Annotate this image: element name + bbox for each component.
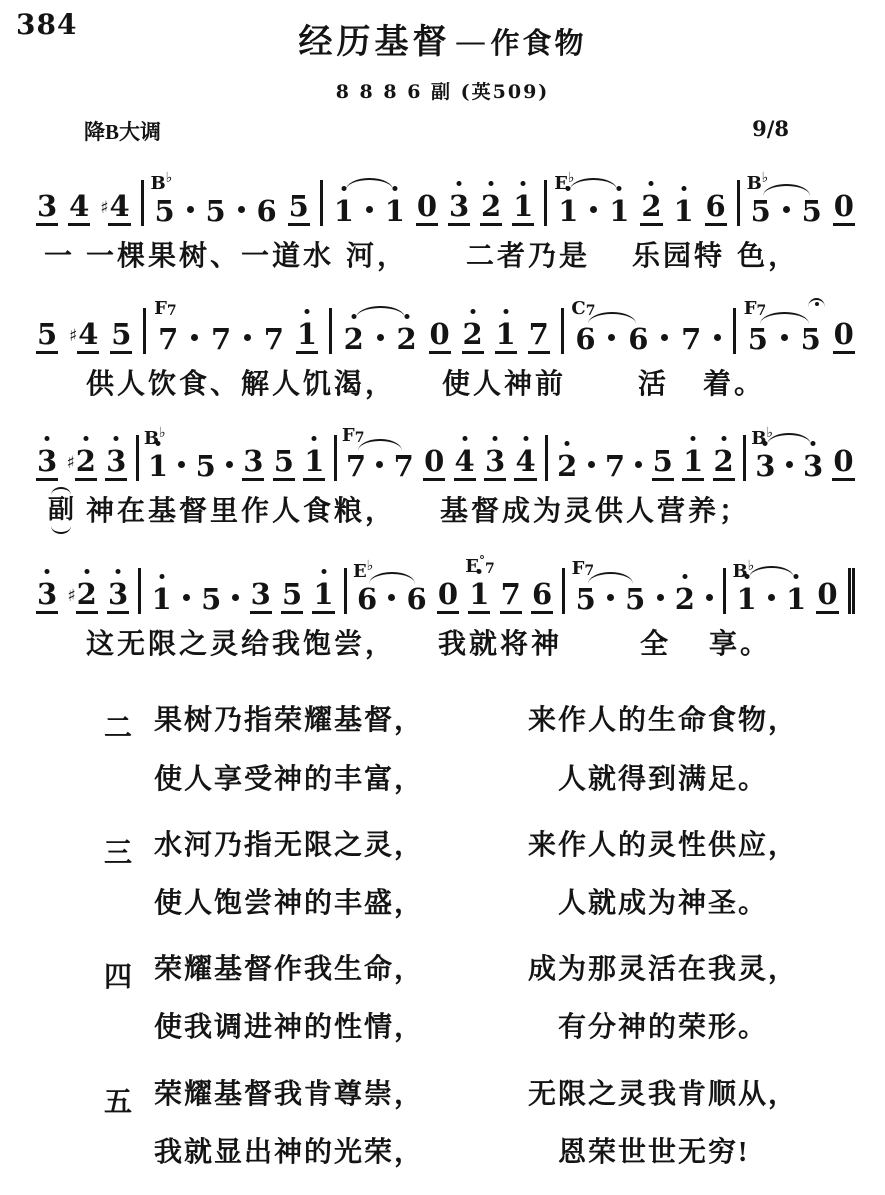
title-dash: — (456, 26, 484, 57)
chord-label: B♭ (144, 425, 166, 449)
verse-text-right: 来作人的生命食物， (528, 705, 798, 737)
verse-row: 使人享受神的丰富，人就得到满足。 (154, 764, 798, 796)
slur-arc (588, 572, 634, 584)
dash-dot (657, 594, 664, 601)
note-digit: 3 (36, 580, 58, 614)
dash-dot (706, 594, 713, 601)
note-digit: 2 (640, 192, 662, 226)
verse-row: 果树乃指荣耀基督，来作人的生命食物， (154, 705, 798, 737)
lyric-line: 这无限之灵给我饱尝，我就将神全享。 (44, 628, 859, 662)
score: 34♯45B♭5651103211E♭12165B♭50一一棵果树、一道水河，二… (30, 176, 859, 661)
slur-arc (358, 439, 402, 451)
verses-section: 二果树乃指荣耀基督，来作人的生命食物，使人享受神的丰富，人就得到满足。三水河乃指… (104, 705, 885, 1169)
note: 1 (333, 197, 355, 226)
sharp-accidental: ♯ (100, 200, 108, 217)
note-digit: 0 (437, 580, 459, 614)
note-digit: 6 (256, 197, 278, 226)
note-digit: 1 (303, 447, 325, 481)
lyric-line: 供人饮食、解人饥渴，使人神前活着。 (44, 368, 859, 402)
note-digit: 5 (281, 580, 303, 614)
note-digit: 1 (384, 197, 406, 226)
octave-dot (84, 569, 89, 574)
music-line: 34♯45B♭5651103211E♭12165B♭50 (36, 176, 855, 226)
note-digit: 1 (147, 452, 169, 481)
barline (344, 568, 347, 614)
note: 5B♭ (750, 197, 772, 226)
octave-dot (691, 436, 696, 441)
note: 7 (263, 325, 285, 354)
note: 4 (514, 447, 536, 481)
note: 5 (288, 192, 310, 226)
note-digit: 6 (531, 580, 553, 614)
note-digit: 1 (735, 585, 757, 614)
note: 1E♭ (557, 197, 579, 226)
note-digit: 3 (754, 452, 776, 481)
note-digit: 0 (833, 192, 855, 226)
note-digit: 0 (423, 447, 445, 481)
note-digit: 3 (36, 192, 58, 226)
octave-dot (523, 436, 528, 441)
lyric-segment: 使人神前 (442, 368, 566, 402)
note-digit: 2 (480, 192, 502, 226)
chord-label: C7 (571, 298, 595, 319)
chord-label: F7 (342, 425, 365, 446)
refrain-marker-group: 副 (44, 487, 78, 534)
octave-dot (721, 436, 726, 441)
note-digit: 7 (345, 452, 367, 481)
octave-dot (116, 569, 121, 574)
music-line: 3♯23153516E♭601E°7765F7521B♭10 (36, 564, 855, 614)
barline (143, 308, 146, 354)
barline (329, 308, 332, 354)
rest-note: 0 (833, 192, 855, 226)
note-digit: 5 (110, 320, 132, 354)
octave-dot (404, 314, 409, 319)
octave-dot (649, 181, 654, 186)
note-digit: 1 (296, 320, 318, 354)
dash-dot (588, 461, 595, 468)
note: 1 (384, 197, 406, 226)
slur-arc (356, 306, 405, 318)
verse-lines: 荣耀基督我肯尊崇，无限之灵我肯顺从，我就显出神的光荣，恩荣世世无穷! (154, 1079, 798, 1169)
dash-dot (232, 594, 239, 601)
verse-lines: 水河乃指无限之灵，来作人的灵性供应，使人饱尝神的丰盛，人就成为神圣。 (154, 830, 798, 920)
note-digit: 3 (242, 447, 264, 481)
note-digit: 0 (429, 320, 451, 354)
note: 1 (296, 320, 318, 354)
barline (723, 568, 726, 614)
octave-dot (45, 436, 50, 441)
verse-row: 水河乃指无限之灵，来作人的灵性供应， (154, 830, 798, 862)
note-digit: 5 (205, 197, 227, 226)
note-digit: 1 (495, 320, 517, 354)
barline (544, 180, 547, 226)
lyric-segment: 活 (638, 368, 669, 402)
verse-row: 我就显出神的光荣，恩荣世世无穷! (154, 1137, 798, 1169)
note: 6 (406, 585, 428, 614)
note-digit: 0 (832, 447, 854, 481)
verse-text-left: 荣耀基督我肯尊崇， (154, 1079, 486, 1111)
note: 3 (36, 447, 58, 481)
note: 7 (210, 325, 232, 354)
note-digit: 7 (500, 580, 522, 614)
verse-number: 二 (104, 705, 154, 795)
note-digit: 3 (36, 447, 58, 481)
note-digit: 5 (273, 447, 295, 481)
barline (561, 308, 564, 354)
octave-dot (45, 569, 50, 574)
note: 1 (303, 447, 325, 481)
page-number: 384 (16, 8, 77, 41)
chord-label: F7 (744, 298, 767, 319)
meter-line: 8 8 8 6 副 (英509) (0, 77, 885, 104)
slur-arc (346, 178, 393, 190)
verse-block: 二果树乃指荣耀基督，来作人的生命食物，使人享受神的丰富，人就得到满足。 (104, 705, 885, 795)
note: 6C7 (574, 325, 596, 354)
note-digit: 1 (151, 585, 173, 614)
dash-dot (238, 206, 245, 213)
note: ♯4 (100, 192, 130, 226)
verse-text-left: 水河乃指无限之灵， (154, 830, 486, 862)
barline (562, 568, 565, 614)
note: 1 (151, 585, 173, 614)
barline (136, 435, 139, 481)
verse-row: 使我调进神的性情，有分神的荣形。 (154, 1012, 798, 1044)
dash-dot (187, 206, 194, 213)
lyric-segment: 色， (737, 240, 799, 274)
note: 2 (462, 320, 484, 354)
note-digit: 5 (801, 197, 823, 226)
note-digit: 5 (195, 452, 217, 481)
lyric-segment: 乐园特 (632, 240, 725, 274)
note-digit: 5 (575, 585, 597, 614)
verse-block: 四荣耀基督作我生命，成为那灵活在我灵，使我调进神的性情，有分神的荣形。 (104, 954, 885, 1044)
note-digit: 2 (76, 580, 98, 614)
note-digit: 5 (288, 192, 310, 226)
note: 5 (801, 197, 823, 226)
note: 7 (528, 320, 550, 354)
note-digit: 0 (416, 192, 438, 226)
note: 5 (195, 452, 217, 481)
note: 5F7 (747, 325, 769, 354)
rest-note: 0 (429, 320, 451, 354)
note-digit: 1 (512, 192, 534, 226)
octave-dot (617, 186, 622, 191)
note: 1B♭ (147, 452, 169, 481)
note: ♯2 (66, 447, 96, 481)
note: 1 (785, 585, 807, 614)
note-digit: 7 (393, 452, 415, 481)
note-digit: 6 (574, 325, 596, 354)
octave-dot (493, 436, 498, 441)
note: 2 (713, 447, 735, 481)
dash-dot (768, 594, 775, 601)
note: 3 (802, 452, 824, 481)
rest-note: 0 (416, 192, 438, 226)
verse-text-right: 无限之灵我肯顺从， (528, 1079, 798, 1111)
note: 6 (705, 192, 727, 226)
barline (141, 180, 144, 226)
note: 2 (640, 192, 662, 226)
slur-arc (760, 312, 809, 324)
note: 3 (484, 447, 506, 481)
dash-dot (714, 334, 721, 341)
lyric-segment: 基督成为灵供人营养； (440, 495, 750, 529)
lyric-segment: 供人饮食、解人饥渴， (86, 368, 396, 402)
refrain-marker: 副 (44, 495, 86, 534)
note: ♯4 (69, 320, 99, 354)
music-line: 3♯231B♭53517F770434275123B♭30 (36, 431, 855, 481)
fermata-icon (808, 298, 825, 309)
note-digit: 4 (77, 320, 99, 354)
verse-block: 三水河乃指无限之灵，来作人的灵性供应，使人饱尝神的丰盛，人就成为神圣。 (104, 830, 885, 920)
dash-dot (388, 594, 395, 601)
note-digit: 2 (556, 452, 578, 481)
note-digit: 1 (682, 447, 704, 481)
note: 4 (68, 192, 90, 226)
note-digit: 3 (448, 192, 470, 226)
dash-dot (376, 461, 383, 468)
note-digit: 2 (462, 320, 484, 354)
sharp-accidental: ♯ (66, 455, 74, 472)
note-digit: 6 (705, 192, 727, 226)
octave-dot (521, 181, 526, 186)
note-digit: 7 (604, 452, 626, 481)
song-title-sub: 作食物 (490, 28, 586, 60)
lyric-line: 副神在基督里作人食粮，基督成为灵供人营养； (44, 495, 859, 534)
note: 1E°7 (468, 580, 490, 614)
note-digit: 2 (75, 447, 97, 481)
verse-number: 三 (104, 830, 154, 920)
note-digit: 3 (484, 447, 506, 481)
dash-dot (786, 461, 793, 468)
octave-dot (794, 574, 799, 579)
rest-note: 0 (832, 447, 854, 481)
octave-dot (304, 309, 309, 314)
note-digit: 2 (674, 585, 696, 614)
note: 1 (672, 197, 694, 226)
octave-dot (503, 309, 508, 314)
note: 1 (512, 192, 534, 226)
lyric-line: 一一棵果树、一道水河，二者乃是乐园特色， (44, 240, 859, 274)
refrain-label: 副 (48, 496, 74, 525)
note: 5 (200, 585, 222, 614)
note-digit: 1 (468, 580, 490, 614)
dash-dot (608, 334, 615, 341)
barline (138, 568, 141, 614)
note-digit: 5 (36, 320, 58, 354)
verse-text-right: 人就成为神圣。 (558, 888, 768, 920)
song-title: 经历基督—作食物 (0, 0, 885, 63)
rest-note: 0 (833, 320, 855, 354)
time-signature: 9/8 (752, 116, 789, 146)
barline (743, 435, 746, 481)
barline (733, 308, 736, 354)
lyric-segment: 这无限之灵给我饱尝， (86, 628, 396, 662)
key-signature: 降B大调 (84, 116, 161, 146)
note-digit: 1 (608, 197, 630, 226)
verse-block: 五荣耀基督我肯尊崇，无限之灵我肯顺从，我就显出神的光荣，恩荣世世无穷! (104, 1079, 885, 1169)
note: 2 (343, 325, 365, 354)
dash-dot (226, 461, 233, 468)
octave-dot (392, 186, 397, 191)
note: 6E♭ (356, 585, 378, 614)
note: 1 (312, 580, 334, 614)
note: 2 (674, 585, 696, 614)
octave-dot (83, 436, 88, 441)
note-digit: 0 (816, 580, 838, 614)
dash-dot (635, 461, 642, 468)
note-digit: 5 (200, 585, 222, 614)
hymn-page: 384 经历基督—作食物 8 8 8 6 副 (英509) 降B大调 9/8 3… (0, 0, 885, 1195)
note: 1B♭ (735, 585, 757, 614)
dash-dot (191, 334, 198, 341)
octave-dot (457, 181, 462, 186)
note-digit: 1 (557, 197, 579, 226)
verse-text-left: 我就显出神的光荣， (154, 1137, 486, 1169)
octave-dot (462, 436, 467, 441)
sharp-accidental: ♯ (69, 328, 77, 345)
note-digit: 6 (406, 585, 428, 614)
note-digit: 4 (108, 192, 130, 226)
note: 3 (242, 447, 264, 481)
note: 6 (531, 580, 553, 614)
sharp-accidental: ♯ (67, 588, 75, 605)
verse-text-left: 使人享受神的丰富， (154, 764, 486, 796)
octave-dot (489, 181, 494, 186)
note: 5 (281, 580, 303, 614)
note: 3 (36, 580, 58, 614)
note: 6 (256, 197, 278, 226)
chord-label: F7 (154, 298, 177, 319)
octave-dot (470, 309, 475, 314)
note: 7 (393, 452, 415, 481)
note-digit: 5 (624, 585, 646, 614)
lyric-segment: 一棵果树、一道水 (86, 240, 334, 274)
note: 5 (110, 320, 132, 354)
note: 5 (652, 447, 674, 481)
verse-text-left: 果树乃指荣耀基督， (154, 705, 486, 737)
octave-dot (321, 569, 326, 574)
note-digit: 2 (343, 325, 365, 354)
note: 3 (105, 447, 127, 481)
verse-row: 使人饱尝神的丰盛，人就成为神圣。 (154, 888, 798, 920)
note-digit: 1 (312, 580, 334, 614)
verse-row: 荣耀基督作我生命，成为那灵活在我灵， (154, 954, 798, 986)
octave-dot (312, 436, 317, 441)
barline (320, 180, 323, 226)
note: 1 (608, 197, 630, 226)
note: 6 (627, 325, 649, 354)
dash-dot (178, 461, 185, 468)
octave-dot (159, 574, 164, 579)
note-digit: 5 (747, 325, 769, 354)
note: 7F7 (157, 325, 179, 354)
final-barline (848, 568, 855, 614)
note-digit: 7 (210, 325, 232, 354)
note: 3B♭ (754, 452, 776, 481)
verse-number-marker: 一 (44, 240, 86, 274)
note-digit: 0 (833, 320, 855, 354)
note-digit: 4 (454, 447, 476, 481)
slur-arc (369, 572, 415, 584)
chord-label: E°7 (465, 553, 494, 577)
dash-dot (783, 206, 790, 213)
slur-arc (570, 178, 617, 190)
song-title-main: 经历基督 (298, 24, 450, 61)
verse-lines: 荣耀基督作我生命，成为那灵活在我灵，使我调进神的性情，有分神的荣形。 (154, 954, 798, 1044)
chord-label: F7 (572, 558, 595, 579)
note: 5 (273, 447, 295, 481)
refrain-bracket-bottom-icon (51, 525, 71, 534)
note: ♯2 (67, 580, 97, 614)
note-digit: 5 (750, 197, 772, 226)
note-digit: 4 (68, 192, 90, 226)
note-digit: 5 (800, 325, 822, 354)
chord-label: B♭ (150, 170, 172, 194)
note-digit: 3 (107, 580, 129, 614)
note: 3 (107, 580, 129, 614)
verse-text-left: 荣耀基督作我生命， (154, 954, 486, 986)
note: 5 (624, 585, 646, 614)
note: 5 (36, 320, 58, 354)
verse-text-left: 使我调进神的性情， (154, 1012, 486, 1044)
note-digit: 4 (514, 447, 536, 481)
note-digit: 6 (356, 585, 378, 614)
note-digit: 3 (802, 452, 824, 481)
note: 5 (205, 197, 227, 226)
note-digit: 3 (250, 580, 272, 614)
key-row: 降B大调 9/8 (84, 116, 789, 146)
dash-dot (377, 334, 384, 341)
note: 1 (682, 447, 704, 481)
note: 3 (36, 192, 58, 226)
verse-text-right: 来作人的灵性供应， (528, 830, 798, 862)
lyric-segment: 河， (346, 240, 408, 274)
note-digit: 7 (528, 320, 550, 354)
note: 7 (680, 325, 702, 354)
verse-number: 四 (104, 954, 154, 1044)
rest-note: 0 (816, 580, 838, 614)
note-digit: 1 (333, 197, 355, 226)
verse-number: 五 (104, 1079, 154, 1169)
verse-row: 荣耀基督我肯尊崇，无限之灵我肯顺从， (154, 1079, 798, 1111)
lyric-segment: 全 (640, 628, 671, 662)
barline (737, 180, 740, 226)
lyric-segment: 神在基督里作人食粮， (86, 495, 396, 529)
barline (545, 435, 548, 481)
verse-text-right: 恩荣世世无穷! (558, 1137, 749, 1169)
dash-dot (661, 334, 668, 341)
lyric-segment: 着。 (703, 368, 765, 402)
verse-text-right: 人就得到满足。 (558, 764, 768, 796)
note: 3 (448, 192, 470, 226)
note: 7 (604, 452, 626, 481)
dash-dot (366, 206, 373, 213)
verse-text-left: 使人饱尝神的丰盛， (154, 888, 486, 920)
dash-dot (244, 334, 251, 341)
note-digit: 2 (713, 447, 735, 481)
octave-dot (681, 186, 686, 191)
octave-dot (682, 574, 687, 579)
note: 7 (500, 580, 522, 614)
slur-arc (763, 184, 810, 196)
note: 7F7 (345, 452, 367, 481)
note-digit: 6 (627, 325, 649, 354)
verse-text-right: 成为那灵活在我灵， (528, 954, 798, 986)
note-digit: 2 (396, 325, 418, 354)
note-digit: 7 (263, 325, 285, 354)
